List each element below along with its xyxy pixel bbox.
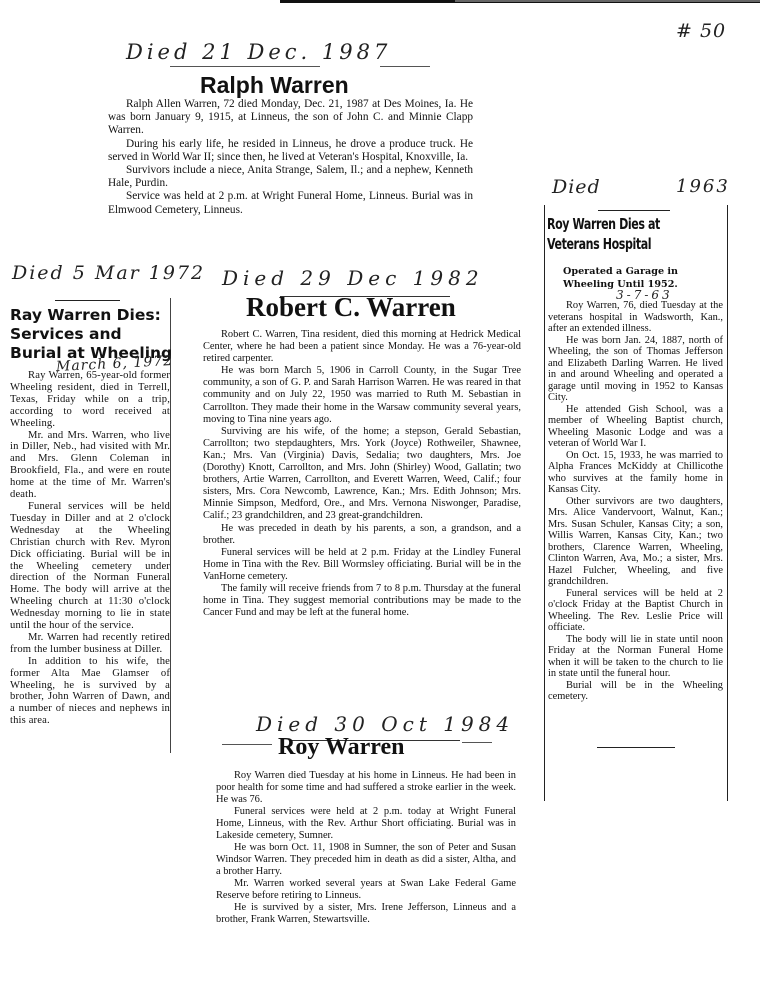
paragraph: Roy Warren died Tuesday at his home in L… [216,770,516,806]
paragraph: The family will receive friends from 7 t… [203,583,521,619]
article-body: Roy Warren, 76, died Tuesday at the vete… [548,300,723,703]
paragraph: In addition to his wife, the former Alta… [10,656,170,727]
headline-line: Ray Warren Dies: [10,306,175,325]
paragraph: Funeral services will be held at 2 p.m. … [203,547,521,583]
handwritten-date: Died 30 Oct 1984 [256,712,514,736]
paragraph: Mr. Warren had recently retired from the… [10,632,170,656]
article-body: Roy Warren died Tuesday at his home in L… [216,770,516,926]
handwritten-date: Died 21 Dec. 1987 [126,40,391,64]
paragraph: On Oct. 15, 1933, he was married to Alph… [548,450,723,496]
handwritten-year: 1963 [676,176,730,197]
page-number-mark: # 50 [676,20,726,42]
headline: Ralph Warren [200,72,349,99]
paragraph: Ray Warren, 65-year-old former Wheeling … [10,370,170,430]
headline: Robert C. Warren [246,292,456,323]
paragraph: Burial will be in the Wheeling cemetery. [548,680,723,703]
paragraph: Funeral services were held at 2 p.m. tod… [216,806,516,842]
paragraph: Mr. Warren worked several years at Swan … [216,878,516,902]
headline-line: Veterans Hospital [547,234,711,254]
article-body: Ray Warren, 65-year-old former Wheeling … [10,370,170,727]
subheadline-line: Operated a Garage in [563,265,723,278]
paragraph: During his early life, he resided in Lin… [108,138,473,164]
handwritten-date: Died 29 Dec 1982 [222,266,484,290]
headline-line: Services and [10,325,175,344]
divider [170,66,320,67]
paragraph: Funeral services will be held at 2 o'clo… [548,588,723,634]
scan-top-border-shade [455,0,760,2]
paragraph: Survivors include a niece, Anita Strange… [108,164,473,190]
headline: Roy Warren Dies at Veterans Hospital [547,214,711,254]
paragraph: Other survivors are two daughters, Mrs. … [548,496,723,588]
paragraph: He was born Oct. 11, 1908 in Sumner, the… [216,842,516,878]
divider [597,747,675,748]
paragraph: He attended Gish School, was a member of… [548,404,723,450]
paragraph: The body will lie in state until noon Fr… [548,634,723,680]
paragraph: He is survived by a sister, Mrs. Irene J… [216,902,516,926]
handwritten-date: Died 5 Mar 1972 [12,262,205,284]
paragraph: Service was held at 2 p.m. at Wright Fun… [108,190,473,216]
article-body: Ralph Allen Warren, 72 died Monday, Dec.… [108,98,473,217]
paragraph: Funeral services will be held Tuesday in… [10,501,170,632]
headline-line: Roy Warren Dies at [547,214,711,234]
paragraph: Surviving are his wife, of the home; a s… [203,426,521,523]
paragraph: He was born March 5, 1906 in Carroll Cou… [203,365,521,425]
paragraph: Roy Warren, 76, died Tuesday at the vete… [548,300,723,335]
handwritten-died: Died [552,176,601,198]
headline: Roy Warren [278,734,404,761]
divider [380,66,430,67]
article-body: Robert C. Warren, Tina resident, died th… [203,329,521,619]
divider [598,210,670,211]
paragraph: Ralph Allen Warren, 72 died Monday, Dec.… [108,98,473,138]
divider [222,744,272,745]
paragraph: He was preceded in death by his parents,… [203,523,521,547]
divider [462,742,492,743]
paragraph: He was born Jan. 24, 1887, north of Whee… [548,335,723,404]
paragraph: Mr. and Mrs. Warren, who live in Diller,… [10,430,170,501]
paragraph: Robert C. Warren, Tina resident, died th… [203,329,521,365]
